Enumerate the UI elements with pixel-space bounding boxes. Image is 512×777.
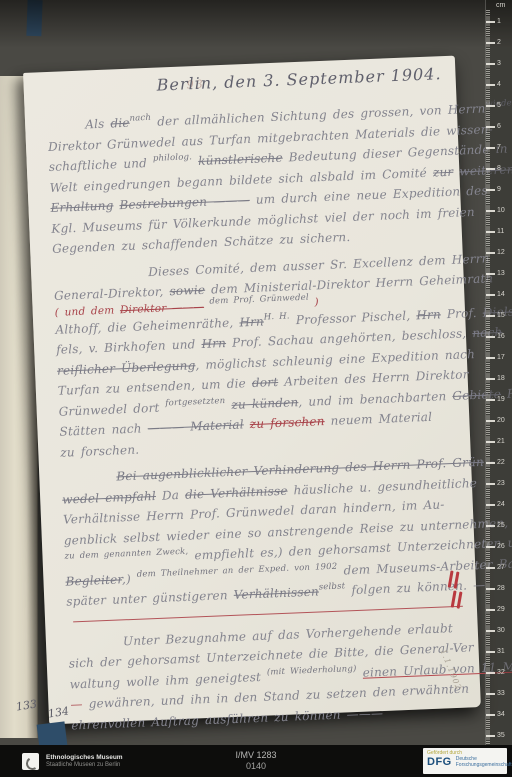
ruler-cm-label: 17 bbox=[497, 354, 505, 362]
ruler-cm-tick bbox=[486, 42, 495, 44]
manuscript-segment: philolog. bbox=[152, 147, 192, 169]
ruler-unit-label: cm bbox=[496, 2, 505, 9]
ruler-cm-label: 19 bbox=[497, 396, 505, 404]
manuscript-segment: sowie bbox=[169, 283, 205, 298]
background-shadow bbox=[0, 0, 512, 48]
manuscript-segment: selbst bbox=[318, 576, 345, 598]
ruler-cm-tick bbox=[486, 147, 495, 149]
ruler-cm-tick bbox=[486, 210, 495, 212]
ruler-cm-label: 16 bbox=[497, 333, 505, 341]
ruler-cm-label: 8 bbox=[497, 165, 501, 173]
manuscript-segment: künstlerische bbox=[198, 151, 283, 168]
manuscript-segment: Hrn bbox=[416, 307, 441, 322]
ruler-cm-label: 30 bbox=[497, 627, 505, 635]
ruler-cm-tick bbox=[486, 462, 495, 464]
ruler-cm-label: 12 bbox=[497, 249, 505, 257]
ruler-cm-tick bbox=[486, 21, 495, 23]
ruler-cm-tick bbox=[486, 105, 495, 107]
manuscript-segment: neuem Material bbox=[324, 410, 432, 428]
ruler-cm-tick bbox=[486, 714, 495, 716]
binding-tape-top bbox=[26, 0, 42, 36]
ruler-cm-tick bbox=[486, 651, 495, 653]
manuscript-segment: zu künden bbox=[231, 395, 298, 412]
ruler-cm-label: 29 bbox=[497, 606, 505, 614]
manuscript-segment: folgen zu können. — bbox=[345, 578, 485, 598]
dfg-full-name: Deutsche Forschungsgemeinschaft bbox=[456, 757, 512, 768]
ruler-cm-tick bbox=[486, 63, 495, 65]
manuscript-segment: reiflicher Überlegung bbox=[57, 358, 196, 378]
ruler-cm-tick bbox=[486, 546, 495, 548]
manuscript-segment: Bestrebungen ——— bbox=[119, 193, 250, 212]
ruler-cm-label: 10 bbox=[497, 207, 505, 215]
manuscript-segment: Verhältnissen bbox=[233, 584, 319, 601]
ruler-cm-label: 33 bbox=[497, 690, 505, 698]
manuscript-segment: fortgesetzten bbox=[165, 391, 226, 414]
ruler-cm-tick bbox=[486, 168, 495, 170]
ruler-cm-label: 22 bbox=[497, 459, 505, 467]
ruler-cm-tick bbox=[486, 252, 495, 254]
manuscript-segment: ——— Material bbox=[147, 417, 244, 435]
ruler-cm-label: 24 bbox=[497, 501, 505, 509]
manuscript-segment: später unter günstigeren bbox=[66, 588, 234, 609]
ruler-cm-tick bbox=[486, 504, 495, 506]
manuscript-segment: ,) bbox=[122, 571, 137, 586]
manuscript-segment: ) bbox=[309, 296, 319, 308]
ruler-cm-tick bbox=[486, 588, 495, 590]
date-line: Berlin, den 3. September 1904. bbox=[156, 64, 442, 94]
manuscript-segment: Da bbox=[156, 487, 186, 502]
ruler-cm-label: 21 bbox=[497, 438, 505, 446]
ruler-cm-label: 2 bbox=[497, 39, 501, 47]
manuscript-segment: wedel empfahl bbox=[62, 488, 156, 506]
manuscript-segment: Hrn bbox=[239, 314, 264, 329]
ruler-cm-label: 11 bbox=[497, 228, 504, 236]
ruler: cm 1234567891011121314151617181920212223… bbox=[485, 0, 512, 745]
ruler-cm-label: 7 bbox=[497, 144, 501, 152]
manuscript-segment: Prof. bbox=[441, 305, 483, 321]
ruler-cm-tick bbox=[486, 420, 495, 422]
manuscript-segment: schaftliche und bbox=[49, 156, 154, 174]
ruler-cm-tick bbox=[486, 336, 495, 338]
ruler-cm-tick bbox=[486, 84, 495, 86]
manuscript-segment: (mit Wiederholung) bbox=[266, 659, 356, 683]
ruler-cm-label: 5 bbox=[497, 102, 501, 110]
manuscript-segment: Hrn bbox=[201, 336, 226, 351]
dfg-acronym: DFG bbox=[427, 757, 452, 768]
ruler-cm-label: 1 bbox=[497, 18, 501, 26]
manuscript-segment: Stätten nach bbox=[59, 421, 148, 439]
ruler-cm-tick bbox=[486, 273, 495, 275]
ruler-cm-tick bbox=[486, 609, 495, 611]
manuscript-segment: die bbox=[110, 116, 130, 131]
dfg-logo: Gefördert durch DFG Deutsche Forschungsg… bbox=[423, 748, 507, 774]
ruler-cm-tick bbox=[486, 693, 495, 695]
ruler-cm-label: 31 bbox=[497, 648, 505, 656]
ruler-cm-label: 13 bbox=[497, 270, 505, 278]
manuscript-segment: , und im benachbarten bbox=[298, 388, 453, 408]
manuscript-segment: ( und dem bbox=[54, 304, 120, 319]
footer-bar: Ethnologisches Museum Staatliche Museen … bbox=[0, 745, 512, 777]
manuscript-segment: zu forschen. bbox=[60, 442, 139, 459]
ruler-cm-tick bbox=[486, 735, 495, 737]
ruler-cm-label: 4 bbox=[497, 81, 501, 89]
ruler-cm-tick bbox=[486, 525, 495, 527]
manuscript-segment: Erhaltung bbox=[50, 198, 113, 215]
ruler-cm-tick bbox=[486, 294, 495, 296]
manuscript-segment: dem Prof. Grünwedel bbox=[209, 291, 309, 308]
ruler-cm-label: 23 bbox=[497, 480, 505, 488]
ruler-cm-tick bbox=[486, 672, 495, 674]
ruler-cm-tick bbox=[486, 483, 495, 485]
manuscript-segment: H. H. bbox=[263, 306, 290, 328]
manuscript-segment: Als bbox=[85, 116, 111, 131]
manuscript-segment: Professor Pischel, bbox=[290, 308, 417, 327]
manuscript-page: 93 Berlin, den 3. September 1904. Als di… bbox=[23, 56, 481, 725]
ruler-cm-label: 35 bbox=[497, 732, 505, 740]
ruler-cm-label: 20 bbox=[497, 417, 505, 425]
manuscript-segment: fels, v. Birkhofen und bbox=[56, 337, 202, 357]
ruler-cm-label: 26 bbox=[497, 543, 505, 551]
manuscript-segment: General-Direktor, bbox=[54, 284, 170, 303]
manuscript-segment: die Verhältnisse bbox=[185, 483, 288, 501]
ruler-cm-label: 28 bbox=[497, 585, 505, 593]
manuscript-segment: — bbox=[70, 697, 89, 712]
ruler-cm-label: 25 bbox=[497, 522, 505, 530]
ruler-cm-label: 9 bbox=[497, 186, 501, 194]
ruler-cm-label: 32 bbox=[497, 669, 505, 677]
archive-scan-viewer: 93 Berlin, den 3. September 1904. Als di… bbox=[0, 0, 512, 777]
manuscript-segment: Begleiter bbox=[65, 572, 122, 588]
manuscript-segment: Grünwedel dort bbox=[58, 400, 165, 418]
ruler-cm-tick bbox=[486, 231, 495, 233]
ruler-cm-label: 14 bbox=[497, 291, 505, 299]
manuscript-segment: zu forschen bbox=[249, 414, 324, 431]
ruler-cm-tick bbox=[486, 189, 495, 191]
ruler-cm-label: 34 bbox=[497, 711, 505, 719]
ruler-cm-tick bbox=[486, 630, 495, 632]
ruler-cm-tick bbox=[486, 399, 495, 401]
manuscript-segment: zur bbox=[433, 164, 454, 179]
manuscript-segment: häusliche u. gesundheitliche bbox=[287, 476, 477, 498]
manuscript-lines: Als die nach der allmählichen Sichtung d… bbox=[25, 100, 482, 737]
ruler-cm-tick bbox=[486, 315, 495, 317]
ruler-cm-label: 6 bbox=[497, 123, 501, 131]
ruler-cm-label: 27 bbox=[497, 564, 505, 572]
manuscript-segment: nach bbox=[129, 108, 151, 129]
ruler-cm-tick bbox=[486, 126, 495, 128]
ruler-cm-tick bbox=[486, 441, 495, 443]
ruler-cm-tick bbox=[486, 357, 495, 359]
ruler-cm-tick bbox=[486, 378, 495, 380]
ruler-cm-label: 3 bbox=[497, 60, 501, 68]
manuscript-segment: dort bbox=[252, 375, 279, 390]
ruler-cm-label: 18 bbox=[497, 375, 505, 383]
ruler-cm-tick bbox=[486, 567, 495, 569]
ruler-cm-label: 15 bbox=[497, 312, 505, 320]
